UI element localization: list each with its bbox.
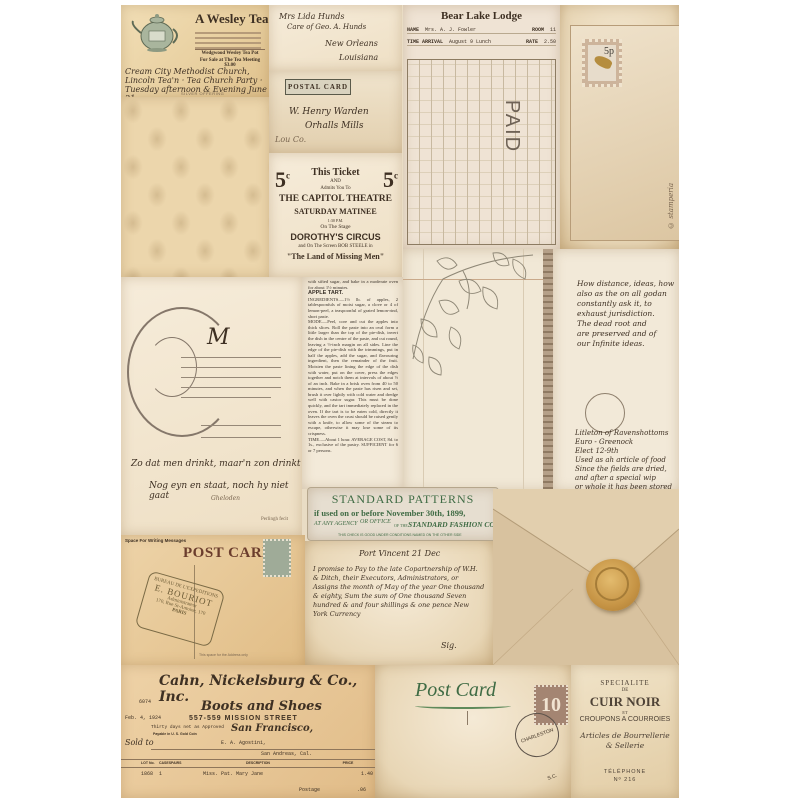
cuir-line-5: CROUPONS A COURROIES: [571, 716, 679, 723]
letter-line-5: The dead root and: [577, 319, 679, 329]
calligraphy-signature: Perlingh fecit: [261, 517, 288, 522]
theatre-ticket: 5c 5c This Ticket AND Admits You To THE …: [269, 153, 402, 277]
lodge-title: Bear Lake Lodge: [403, 10, 560, 22]
tea-title: A Wesley Tea: [195, 11, 268, 27]
invoice-postage-label: Postage: [299, 787, 320, 793]
letter-line-7: our Infinite ideas.: [577, 339, 679, 349]
ticket-line-3: Admits You To: [269, 186, 402, 191]
standard-patterns-title: STANDARD PATTERNS: [318, 492, 488, 507]
lodge-name-row: NAME Mrs. A. J. Fowler ROOM 11: [407, 27, 556, 34]
calligraphy-initial: M: [207, 325, 230, 350]
address-line-3: New Orleans: [325, 39, 378, 48]
green-post-card-label: Post Card: [415, 679, 496, 702]
ticket-theatre: THE CAPITOL THEATRE: [269, 194, 402, 204]
envelope-address: Mrs Lida Hunds Care of Geo. A. Hunds New…: [269, 5, 402, 71]
standard-patterns-company: STANDARD FASHION CO.: [408, 520, 497, 529]
recipe-time: TIME.—About 1 hour. AVERAGE COST, 8d. to…: [308, 437, 398, 454]
cuir-noir-label: SPECIALITE DE CUIR NOIR ET CROUPONS A CO…: [571, 665, 679, 798]
ticket-time: 1:30 P.M.: [269, 218, 402, 223]
bird-postage-stamp: 5p: [582, 39, 622, 87]
invoice-customer: E. A. Agostini,: [221, 740, 266, 746]
postal-card-label: POSTAL CARD: [285, 79, 351, 95]
ticket-line-2: AND: [269, 179, 402, 184]
copyright-text: © stamperia: [667, 183, 675, 229]
invoice-city: San Francisco,: [231, 723, 313, 734]
invoice-date: Feb. 4, 1924: [125, 715, 161, 721]
lodge-ledger-grid: [407, 59, 556, 245]
calligraphy-line-3: Gheloden: [211, 495, 240, 502]
post-card-label: POST CARD: [183, 545, 274, 562]
invoice-payable: Payable in U. S. Gold Coin: [153, 732, 197, 736]
invoice-number: 6074: [139, 699, 151, 705]
paris-rubber-stamp: BUREAU DE L'EXPEDITIONS E. BOURIOT Admin…: [135, 570, 226, 647]
cuir-phone-number: Nº 216: [571, 777, 679, 783]
notebook-binding: [543, 249, 553, 491]
tea-footer: SILVER OFFERING: [181, 91, 224, 96]
invoice-product: Boots and Shoes: [201, 699, 322, 714]
invoice-sold-to-label: Sold to: [125, 738, 154, 747]
postal-card-county: Lou Co.: [275, 135, 306, 144]
letter2-line-1: Litleton of Ravenshottoms: [575, 429, 672, 438]
standard-patterns-of-the: OF THE: [394, 523, 408, 528]
invoice-table-row: 1868 1 Miss. Pat. Mary Jane 1.40: [121, 771, 375, 777]
letter2-line-3: Elect 12-9th: [575, 447, 672, 456]
recipe-method: MODE.—Peel, core and cut the apples into…: [308, 319, 398, 436]
address-line-1: Mrs Lida Hunds: [279, 11, 344, 22]
invoice-table-header: LOT No. CASES PAIRS DESCRIPTION PRICE: [121, 761, 375, 765]
postcard-center-line: [467, 711, 468, 725]
shoe-invoice: Cahn, Nickelsburg & Co., Inc. 6074 Boots…: [121, 665, 375, 798]
cuir-line-3: CUIR NOIR: [571, 694, 679, 710]
postal-card-name: W. Henry Warden: [289, 107, 369, 117]
lodge-receipt: Bear Lake Lodge NAME Mrs. A. J. Fowler R…: [403, 5, 560, 249]
laurel-ornament: [415, 703, 511, 709]
standard-patterns-date: if used on or before November 30th, 1899…: [314, 508, 465, 518]
paris-postcard: Space For Writing Messages POST CARD BUR…: [121, 535, 305, 665]
postal-card-place: Orhalls Mills: [305, 121, 364, 131]
green-post-card: Post Card 10 CHARLESTON S.C.: [375, 665, 571, 798]
letter2-line-5: Since the fields are dried,: [575, 465, 672, 474]
address-line-4: Louisiana: [339, 53, 378, 62]
note-signature: Sig.: [441, 641, 457, 650]
letter-line-2: also as the on all godan: [577, 289, 679, 299]
letter2-line-2: Euro - Greenock: [575, 438, 672, 447]
ticket-show: SATURDAY MATINEE: [269, 207, 402, 216]
tea-subtitle: Wedgwood Wesley Tea Pot: [195, 49, 265, 56]
wax-seal: [586, 559, 640, 611]
invoice-customer-city: San Andreas, Cal.: [261, 751, 312, 757]
letter-line-1: How distance, ideas, how: [577, 279, 679, 289]
invoice-terms: Thirty days net as Approved: [151, 725, 224, 730]
ticket-film: "The Land of Missing Men": [269, 252, 402, 261]
letter-postmark: [585, 393, 625, 433]
letter-line-3: constantly ask it, to: [577, 299, 679, 309]
calligraphy-line-1: Zo dat men drinkt, maar'n zon drinkt: [131, 459, 301, 469]
apple-tart-recipe: with sifted sugar, and bake in a moderat…: [302, 277, 403, 489]
note-body: I promise to Pay to the late Copartnersh…: [313, 565, 485, 619]
green-postage-stamp: [263, 539, 291, 577]
address-line-2: Care of Geo. A. Hunds: [287, 23, 366, 31]
invoice-address: 557-559 MISSION STREET: [189, 715, 298, 722]
handwritten-letter: How distance, ideas, how also as the on …: [553, 249, 679, 491]
standard-patterns-office: OR OFFICE: [360, 519, 391, 525]
letter2-line-6: and after a special wip: [575, 474, 672, 483]
note-heading: Port Vincent 21 Dec: [359, 549, 440, 558]
address-space-label: This space for the Address only: [199, 653, 248, 657]
promissory-note: Port Vincent 21 Dec I promise to Pay to …: [305, 541, 493, 665]
postal-card: POSTAL CARD W. Henry Warden Orhalls Mill…: [269, 71, 402, 153]
recipe-heading: APPLE TART.: [308, 290, 343, 296]
vintage-paper-collage: A Wesley Tea Wedgwood Wesley Tea Pot For…: [121, 5, 679, 798]
paid-stamp: PAID: [500, 100, 523, 153]
lodge-arrival-row: TIME ARRIVAL August 9 Lunch RATE 2.50: [407, 39, 556, 46]
stamp-value: 5p: [604, 46, 614, 57]
cuir-script: Articles de Bourrellerie & Sellerie: [571, 731, 679, 751]
cuir-phone-label: TÉLÉPHONE: [571, 769, 679, 775]
leaf-sketch-notebook: [403, 249, 553, 491]
tea-card: A Wesley Tea Wedgwood Wesley Tea Pot For…: [121, 5, 269, 97]
damask-pattern-paper: [121, 97, 269, 277]
cuir-line-2: DE: [571, 688, 679, 693]
leaf-branch-icon: [403, 249, 543, 409]
ticket-line-1: This Ticket: [269, 167, 402, 178]
calligraphy-page: M Zo dat men drinkt, maar'n zon drinkt N…: [121, 277, 302, 535]
envelope-wax-seal: [493, 489, 679, 665]
ticket-stage: On The Stage: [269, 224, 402, 230]
teapot-icon: [129, 11, 181, 53]
invoice-postage-value: .06: [357, 787, 366, 793]
standard-patterns-fine-print: THIS CHECK IS GOOD UNDER CONDITIONS NAME…: [338, 533, 462, 537]
letter2-line-4: Used as ah article of food: [575, 456, 672, 465]
recipe-intro: with sifted sugar, and bake in a moderat…: [308, 279, 398, 290]
cuir-line-4: ET: [571, 710, 679, 715]
ticket-screen: and On The Screen BOB STEELE in: [269, 244, 402, 249]
letter-line-6: are preserved and of: [577, 329, 679, 339]
standard-patterns-agency: AT ANY AGENCY: [314, 521, 357, 527]
message-space-label: Space For Writing Messages: [125, 538, 186, 543]
letter-line-4: exhaust jurisdiction.: [577, 309, 679, 319]
bird-stamp-card: 5p © stamperia: [560, 5, 679, 249]
standard-patterns-check: STANDARD PATTERNS if used on or before N…: [307, 487, 499, 541]
cuir-line-1: SPECIALITE: [571, 679, 679, 687]
recipe-ingredients: INGREDIENTS.—1½ lb. of apples, 2 tablesp…: [308, 297, 398, 319]
ticket-act: DOROTHY'S CIRCUS: [269, 232, 402, 242]
